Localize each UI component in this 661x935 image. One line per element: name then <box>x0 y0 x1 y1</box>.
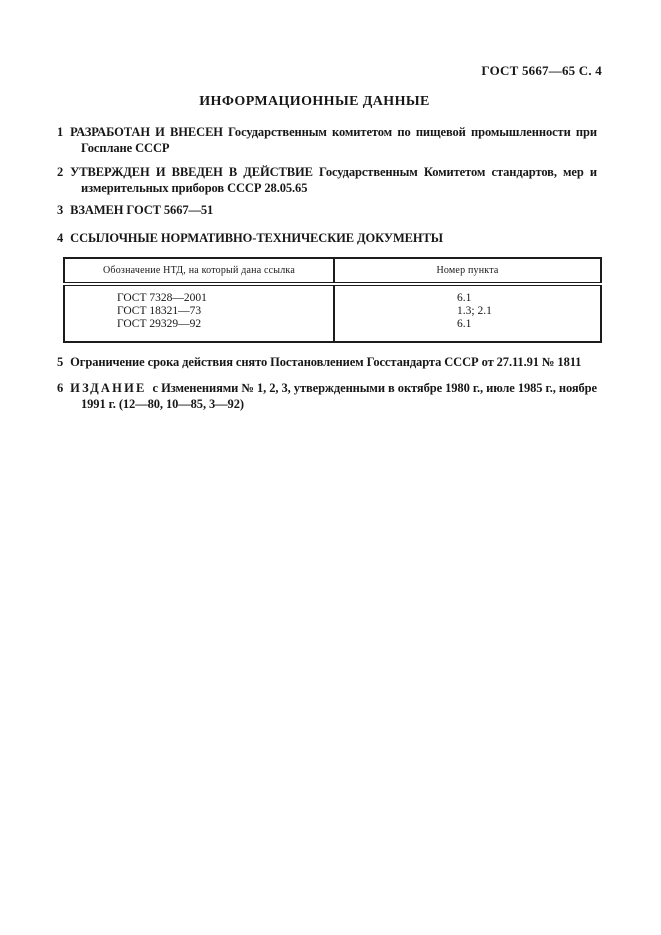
col-header-punkt: Номер пункта <box>334 258 601 284</box>
info-item-6: 6ИЗДАНИЕс Изменениями № 1, 2, 3, утвержд… <box>57 380 597 412</box>
table-row: ГОСТ 7328—2001 6.1 <box>64 284 601 305</box>
cell-ntd: ГОСТ 7328—2001 <box>64 284 334 305</box>
info-item-5: 5Ограничение срока действия снято Постан… <box>57 354 597 370</box>
table-row: ГОСТ 18321—73 1.3; 2.1 <box>64 305 601 318</box>
cell-ntd: ГОСТ 29329—92 <box>64 318 334 342</box>
item-number: 2 <box>57 165 63 179</box>
item-text: с Изменениями № 1, 2, 3, утвержденными в… <box>81 381 597 411</box>
item-text: УТВЕРЖДЕН И ВВЕДЕН В ДЕЙСТВИЕ Государств… <box>70 165 597 195</box>
info-item-3: 3ВЗАМЕН ГОСТ 5667—51 <box>57 202 597 218</box>
item-number: 1 <box>57 125 63 139</box>
cell-ntd: ГОСТ 18321—73 <box>64 305 334 318</box>
col-header-ntd: Обозначение НТД, на который дана ссылка <box>64 258 334 284</box>
item-text: Ограничение срока действия снято Постано… <box>70 355 581 369</box>
item-number: 6 <box>57 381 63 395</box>
item-number: 4 <box>57 231 63 245</box>
item-number: 5 <box>57 355 63 369</box>
cell-punkt: 6.1 <box>334 284 601 305</box>
cell-punkt: 6.1 <box>334 318 601 342</box>
references-table: Обозначение НТД, на который дана ссылка … <box>63 257 602 343</box>
item-lead-word: ИЗДАНИЕ <box>70 381 146 395</box>
table-row: ГОСТ 29329—92 6.1 <box>64 318 601 342</box>
item-text: РАЗРАБОТАН И ВНЕСЕН Государственным коми… <box>70 125 597 155</box>
page-title: ИНФОРМАЦИОННЫЕ ДАННЫЕ <box>57 93 572 110</box>
info-item-2: 2УТВЕРЖДЕН И ВВЕДЕН В ДЕЙСТВИЕ Государст… <box>57 164 597 196</box>
info-item-1: 1РАЗРАБОТАН И ВНЕСЕН Государственным ком… <box>57 124 597 156</box>
item-number: 3 <box>57 203 63 217</box>
document-page: ГОСТ 5667—65 С. 4 ИНФОРМАЦИОННЫЕ ДАННЫЕ … <box>0 0 661 935</box>
info-item-4: 4ССЫЛОЧНЫЕ НОРМАТИВНО-ТЕХНИЧЕСКИЕ ДОКУМЕ… <box>57 230 597 246</box>
item-text: ВЗАМЕН ГОСТ 5667—51 <box>70 203 213 217</box>
page-header: ГОСТ 5667—65 С. 4 <box>57 63 602 79</box>
table-header-row: Обозначение НТД, на который дана ссылка … <box>64 258 601 284</box>
item-text: ССЫЛОЧНЫЕ НОРМАТИВНО-ТЕХНИЧЕСКИЕ ДОКУМЕН… <box>70 231 443 245</box>
cell-punkt: 1.3; 2.1 <box>334 305 601 318</box>
